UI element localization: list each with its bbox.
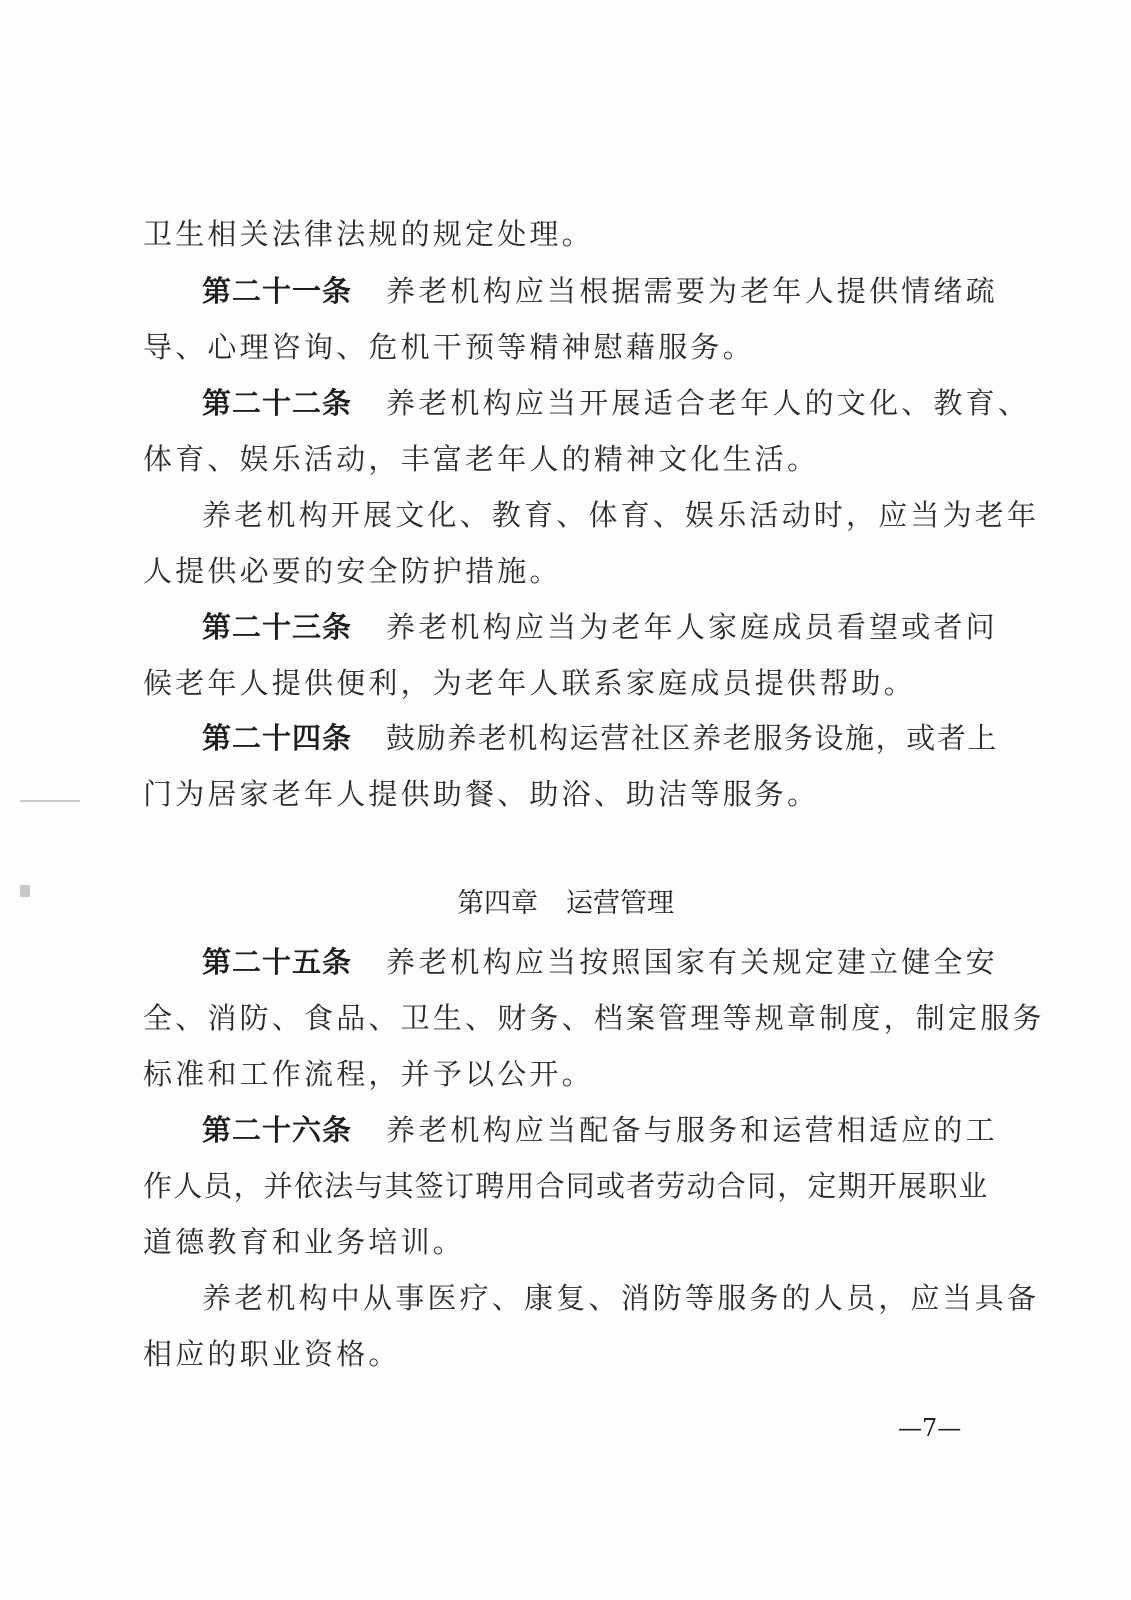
text-line: 导、心理咨询、危机干预等精神慰藉服务。: [143, 327, 973, 367]
line-text: 卫生相关法律法规的规定处理。: [143, 217, 594, 251]
chapter-heading: 第四章运营管理: [0, 884, 1131, 924]
line-text: 标准和工作流程，并予以公开。: [143, 1057, 594, 1091]
line-text: 养老机构中从事医疗、康复、消防等服务的人员，应当具备: [202, 1281, 1039, 1315]
line-text: 全、消防、食品、卫生、财务、档案管理等规章制度，制定服务: [143, 1001, 1045, 1035]
text-line: 道德教育和业务培训。: [143, 1222, 973, 1262]
line-text: 养老机构开展文化、教育、体育、娱乐活动时，应当为老年: [202, 498, 1039, 532]
scan-artifact: [20, 885, 30, 897]
line-text: 道德教育和业务培训。: [143, 1225, 465, 1259]
article-23: 第二十三条养老机构应当为老年人家庭成员看望或者问: [202, 607, 1032, 647]
line-text: 作人员，并依法与其签订聘用合同或者劳动合同，定期开展职业: [143, 1169, 989, 1203]
line-text: 养老机构应当按照国家有关规定建立健全安: [386, 945, 998, 979]
article-number: 第二十五条: [202, 945, 352, 979]
line-text: 养老机构应当根据需要为老年人提供情绪疏: [386, 274, 998, 308]
line-text: 体育、娱乐活动，丰富老年人的精神文化生活。: [143, 442, 819, 476]
line-text: 候老年人提供便利，为老年人联系家庭成员提供帮助。: [143, 666, 916, 700]
article-24: 第二十四条鼓励养老机构运营社区养老服务设施，或者上: [202, 718, 1032, 758]
line-text: 鼓励养老机构运营社区养老服务设施，或者上: [386, 721, 998, 755]
article-number: 第二十四条: [202, 721, 352, 755]
line-text: 门为居家老年人提供助餐、助浴、助洁等服务。: [143, 777, 819, 811]
text-line: 相应的职业资格。: [143, 1334, 973, 1374]
article-number: 第二十六条: [202, 1113, 352, 1147]
text-line: 作人员，并依法与其签订聘用合同或者劳动合同，定期开展职业: [143, 1166, 973, 1206]
line-text: 养老机构应当开展适合老年人的文化、教育、: [386, 386, 1030, 420]
article-number: 第二十二条: [202, 386, 352, 420]
text-line: 体育、娱乐活动，丰富老年人的精神文化生活。: [143, 439, 973, 479]
text-line: 候老年人提供便利，为老年人联系家庭成员提供帮助。: [143, 663, 973, 703]
article-21: 第二十一条养老机构应当根据需要为老年人提供情绪疏: [202, 271, 1032, 311]
text-line: 门为居家老年人提供助餐、助浴、助洁等服务。: [143, 774, 973, 814]
scan-artifact: [20, 800, 80, 802]
chapter-title: 运营管理: [566, 888, 674, 919]
article-number: 第二十三条: [202, 610, 352, 644]
line-text: 养老机构应当配备与服务和运营相适应的工: [386, 1113, 998, 1147]
line-text: 人提供必要的安全防护措施。: [143, 554, 562, 588]
chapter-number: 第四章: [457, 888, 538, 919]
text-line: 卫生相关法律法规的规定处理。: [143, 214, 973, 254]
article-22: 第二十二条养老机构应当开展适合老年人的文化、教育、: [202, 383, 1032, 423]
document-page: 卫生相关法律法规的规定处理。 第二十一条养老机构应当根据需要为老年人提供情绪疏 …: [0, 0, 1131, 1600]
line-text: 导、心理咨询、危机干预等精神慰藉服务。: [143, 330, 755, 364]
line-text: 相应的职业资格。: [143, 1337, 401, 1371]
article-26: 第二十六条养老机构应当配备与服务和运营相适应的工: [202, 1110, 1032, 1150]
text-line: 全、消防、食品、卫生、财务、档案管理等规章制度，制定服务: [143, 998, 973, 1038]
text-line: 标准和工作流程，并予以公开。: [143, 1054, 973, 1094]
paragraph-line: 养老机构中从事医疗、康复、消防等服务的人员，应当具备: [202, 1278, 1032, 1318]
article-25: 第二十五条养老机构应当按照国家有关规定建立健全安: [202, 942, 1032, 982]
line-text: 养老机构应当为老年人家庭成员看望或者问: [386, 610, 998, 644]
paragraph-line: 养老机构开展文化、教育、体育、娱乐活动时，应当为老年: [202, 495, 1032, 535]
text-line: 人提供必要的安全防护措施。: [143, 551, 973, 591]
page-number: —7—: [898, 1413, 961, 1443]
article-number: 第二十一条: [202, 274, 352, 308]
